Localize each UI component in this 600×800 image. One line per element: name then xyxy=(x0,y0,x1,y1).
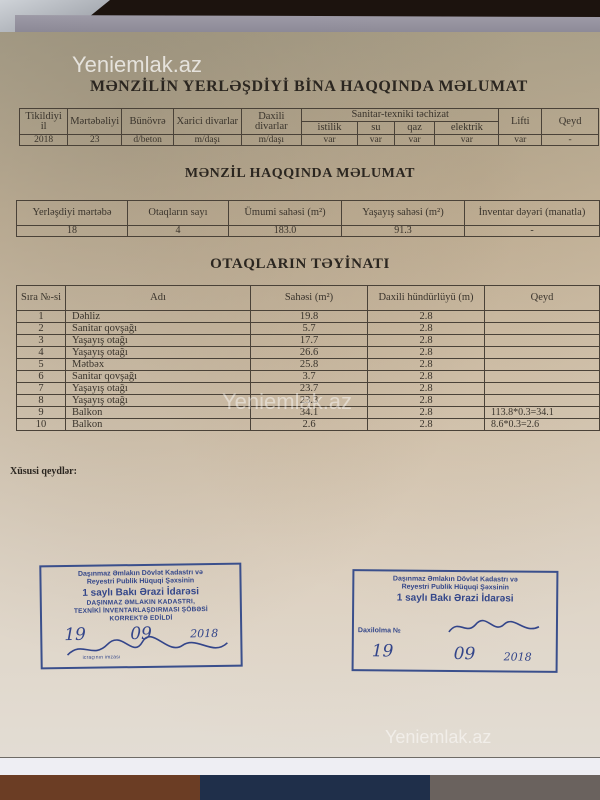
value-note: - xyxy=(542,135,599,146)
header-living-area: Yaşayış sahəsi (m²) xyxy=(342,201,465,226)
row-number: 6 xyxy=(17,371,66,383)
header-inventory-value: İnventar dəyəri (manatla) xyxy=(465,201,600,226)
room-note xyxy=(485,323,600,335)
row-number: 4 xyxy=(17,347,66,359)
header-gas: qaz xyxy=(394,122,435,135)
room-name: Yaşayış otağı xyxy=(66,335,251,347)
table-row: 6 Sanitar qovşağı 3.7 2.8 xyxy=(17,371,600,383)
value-lift: var xyxy=(499,135,542,146)
header-exterior-walls: Xarici divarlar xyxy=(174,109,242,135)
room-area: 5.7 xyxy=(251,323,368,335)
table-row: 10 Balkon 2.6 2.8 8.6*0.3=2.6 xyxy=(17,419,600,431)
value-gas: var xyxy=(394,135,435,146)
stamp-footer: icraçının imzası xyxy=(83,653,121,662)
header-room-note: Qeyd xyxy=(485,286,600,311)
header-interior-walls: Daxili divarlar xyxy=(241,109,301,135)
room-note xyxy=(485,335,600,347)
stamp-line: KORREKTƏ EDİLDİ xyxy=(42,614,240,625)
value-electric: var xyxy=(435,135,499,146)
table-row: 4 Yaşayış otağı 26.6 2.8 xyxy=(17,347,600,359)
building-info-table: Tikildiyi il Mərtəbəliyi Bünövrə Xarici … xyxy=(19,108,599,146)
room-name: Balkon xyxy=(66,419,251,431)
room-area: 19.8 xyxy=(251,311,368,323)
room-area: 2.6 xyxy=(251,419,368,431)
room-name: Mətbəx xyxy=(66,359,251,371)
background-floor xyxy=(430,775,600,800)
header-water: su xyxy=(357,122,394,135)
row-number: 10 xyxy=(17,419,66,431)
room-name: Dəhliz xyxy=(66,311,251,323)
room-note xyxy=(485,395,600,407)
building-info-title: MƏNZİLİN YERLƏŞDİYİ BİNA HAQQINDA MƏLUMA… xyxy=(0,78,600,96)
header-total-area: Ümumi sahəsi (m²) xyxy=(229,201,342,226)
header-apartment-floor: Yerləşdiyi mərtəbə xyxy=(17,201,128,226)
row-number: 8 xyxy=(17,395,66,407)
paper-edge-bottom xyxy=(0,757,600,776)
header-room-height: Daxili hündürlüyü (m) xyxy=(368,286,485,311)
row-number: 9 xyxy=(17,407,66,419)
room-height: 2.8 xyxy=(368,359,485,371)
header-room-area: Sahəsi (m²) xyxy=(251,286,368,311)
value-year-built: 2018 xyxy=(20,135,68,146)
room-note xyxy=(485,311,600,323)
value-apartment-floor: 18 xyxy=(17,226,128,237)
room-height: 2.8 xyxy=(368,383,485,395)
watermark: Yeniemlak.az xyxy=(72,52,202,78)
room-height: 2.8 xyxy=(368,323,485,335)
row-number: 2 xyxy=(17,323,66,335)
stamp-date-day: 19 xyxy=(372,641,394,661)
value-room-count: 4 xyxy=(128,226,229,237)
value-foundation: d/beton xyxy=(122,135,174,146)
row-number: 7 xyxy=(17,383,66,395)
header-room-count: Otaqların sayı xyxy=(128,201,229,226)
room-height: 2.8 xyxy=(368,395,485,407)
room-name: Sanitar qovşağı xyxy=(66,323,251,335)
header-electric: elektrik xyxy=(435,122,499,135)
header-lift: Lifti xyxy=(499,109,542,135)
room-note xyxy=(485,347,600,359)
watermark: Yeniemlak.az xyxy=(385,727,491,748)
header-row-number: Sıra №-si xyxy=(17,286,66,311)
stamp-office: 1 saylı Bakı Ərazi İdarəsi xyxy=(354,591,556,606)
special-notes-label: Xüsusi qeydlər: xyxy=(10,466,77,477)
header-room-name: Adı xyxy=(66,286,251,311)
apartment-info-table: Yerləşdiyi mərtəbə Otaqların sayı Ümumi … xyxy=(16,200,600,237)
header-sanitary: Sanitar-texniki təchizat xyxy=(302,109,499,122)
room-height: 2.8 xyxy=(368,347,485,359)
stamp-date-year: 2018 xyxy=(504,650,532,663)
room-name: Yaşayış otağı xyxy=(66,347,251,359)
room-height: 2.8 xyxy=(368,335,485,347)
room-note xyxy=(485,371,600,383)
background-floor xyxy=(200,775,430,800)
room-area: 17.7 xyxy=(251,335,368,347)
table-row: 2 Sanitar qovşağı 5.7 2.8 xyxy=(17,323,600,335)
header-floors: Mərtəbəliyi xyxy=(68,109,122,135)
room-name: Sanitar qovşağı xyxy=(66,371,251,383)
row-number: 3 xyxy=(17,335,66,347)
registration-stamp: Daşınmaz Əmlakın Dövlət Kadastrı və Reye… xyxy=(352,569,559,673)
room-height: 2.8 xyxy=(368,419,485,431)
room-note: 113.8*0.3=34.1 xyxy=(485,407,600,419)
rooms-title: OTAQLARIN TƏYİNATI xyxy=(0,256,600,273)
apartment-info-title: MƏNZİL HAQQINDA MƏLUMAT xyxy=(0,166,600,182)
row-number: 5 xyxy=(17,359,66,371)
background-floor xyxy=(0,775,200,800)
value-exterior-walls: m/daşı xyxy=(174,135,242,146)
row-number: 1 xyxy=(17,311,66,323)
value-inventory-value: - xyxy=(465,226,600,237)
room-note xyxy=(485,359,600,371)
room-height: 2.8 xyxy=(368,407,485,419)
room-note: 8.6*0.3=2.6 xyxy=(485,419,600,431)
correction-stamp: Daşınmaz Əmlakın Dövlət Kadastrı və Reye… xyxy=(39,563,242,670)
room-note xyxy=(485,383,600,395)
room-height: 2.8 xyxy=(368,371,485,383)
stamp-entry-label: Daxilolma № xyxy=(358,627,401,635)
room-area: 26.6 xyxy=(251,347,368,359)
watermark: Yeniemlak.az xyxy=(222,389,352,415)
stamp-date-month: 09 xyxy=(454,644,476,664)
header-foundation: Bünövrə xyxy=(122,109,174,135)
table-row: 1 Dəhliz 19.8 2.8 xyxy=(17,311,600,323)
room-area: 3.7 xyxy=(251,371,368,383)
value-total-area: 183.0 xyxy=(229,226,342,237)
room-area: 25.8 xyxy=(251,359,368,371)
table-row: 5 Mətbəx 25.8 2.8 xyxy=(17,359,600,371)
value-living-area: 91.3 xyxy=(342,226,465,237)
header-heating: istilik xyxy=(302,122,358,135)
value-water: var xyxy=(357,135,394,146)
table-row: 3 Yaşayış otağı 17.7 2.8 xyxy=(17,335,600,347)
value-floors: 23 xyxy=(68,135,122,146)
value-heating: var xyxy=(302,135,358,146)
header-note: Qeyd xyxy=(542,109,599,135)
header-year-built: Tikildiyi il xyxy=(20,109,68,135)
room-height: 2.8 xyxy=(368,311,485,323)
value-interior-walls: m/daşı xyxy=(241,135,301,146)
signature-icon xyxy=(444,616,544,639)
